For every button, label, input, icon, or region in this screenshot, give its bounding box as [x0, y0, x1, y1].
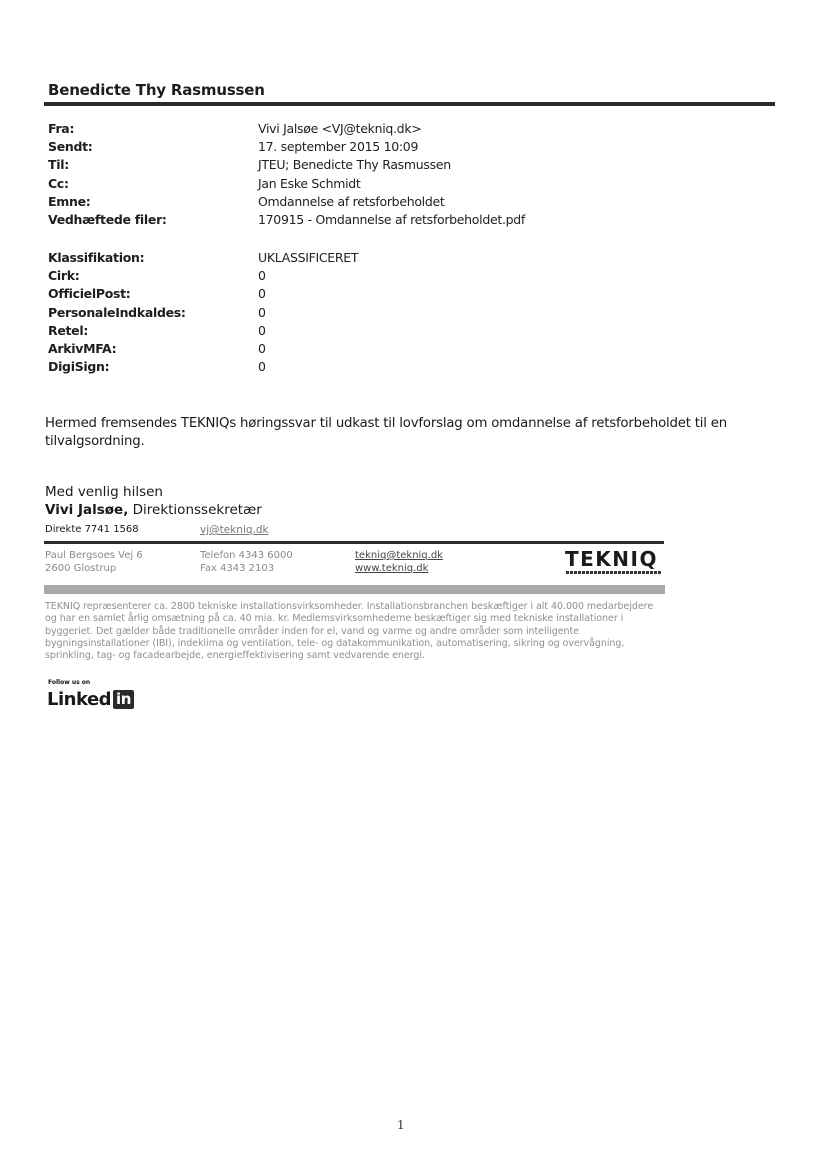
- meta-value: 0: [258, 322, 266, 340]
- meta-label: Fra:: [48, 120, 258, 138]
- logo-tagline: [566, 571, 662, 574]
- meta-value-attachment: 170915 - Omdannelse af retsforbeholdet.p…: [258, 211, 525, 229]
- header-divider: [44, 102, 775, 106]
- meta-label: Emne:: [48, 193, 258, 211]
- meta-value: 0: [258, 285, 266, 303]
- meta-value: 0: [258, 358, 266, 376]
- classification-metadata: Klassifikation: UKLASSIFICERET Cirk: 0 O…: [48, 249, 358, 376]
- meta-label: Klassifikation:: [48, 249, 258, 267]
- page-number: 1: [397, 1118, 405, 1132]
- meta-label: OfficielPost:: [48, 285, 258, 303]
- meta-label: Til:: [48, 156, 258, 174]
- meta-label: Cirk:: [48, 267, 258, 285]
- meta-label: PersonaleIndkaldes:: [48, 304, 258, 322]
- meta-label: Vedhæftede filer:: [48, 211, 258, 229]
- meta-value: UKLASSIFICERET: [258, 249, 358, 267]
- meta-row-officielpost: OfficielPost: 0: [48, 285, 358, 303]
- meta-value-from: Vivi Jalsøe <VJ@tekniq.dk>: [258, 120, 421, 138]
- meta-value: 0: [258, 340, 266, 358]
- direct-phone: Direkte 7741 1568: [45, 524, 139, 535]
- company-email-link[interactable]: tekniq@tekniq.dk: [355, 549, 443, 562]
- email-body: Hermed fremsendes TEKNIQs høringssvar ti…: [45, 415, 775, 450]
- meta-row-sent: Sendt: 17. september 2015 10:09: [48, 138, 525, 156]
- company-address: Paul Bergsoes Vej 6 2600 Glostrup: [45, 549, 143, 575]
- meta-row-digisign: DigiSign: 0: [48, 358, 358, 376]
- meta-value-to: JTEU; Benedicte Thy Rasmussen: [258, 156, 451, 174]
- meta-label: Sendt:: [48, 138, 258, 156]
- meta-row-from: Fra: Vivi Jalsøe <VJ@tekniq.dk>: [48, 120, 525, 138]
- linkedin-text: Linked: [47, 689, 111, 710]
- direct-email-link[interactable]: vj@tekniq.dk: [200, 524, 269, 536]
- meta-row-subject: Emne: Omdannelse af retsforbeholdet: [48, 193, 525, 211]
- meta-value: 0: [258, 267, 266, 285]
- meta-row-cc: Cc: Jan Eske Schmidt: [48, 175, 525, 193]
- address-line-1: Paul Bergsoes Vej 6: [45, 549, 143, 562]
- meta-value-sent: 17. september 2015 10:09: [258, 138, 418, 156]
- meta-row-to: Til: JTEU; Benedicte Thy Rasmussen: [48, 156, 525, 174]
- document-page: Benedicte Thy Rasmussen Fra: Vivi Jalsøe…: [0, 0, 828, 1169]
- meta-value-cc: Jan Eske Schmidt: [258, 175, 361, 193]
- meta-row-personaleindkaldes: PersonaleIndkaldes: 0: [48, 304, 358, 322]
- meta-value-subject: Omdannelse af retsforbeholdet: [258, 193, 444, 211]
- meta-row-classification: Klassifikation: UKLASSIFICERET: [48, 249, 358, 267]
- meta-row-arkivmfa: ArkivMFA: 0: [48, 340, 358, 358]
- recipient-header: Benedicte Thy Rasmussen: [48, 81, 265, 99]
- company-phone: Telefon 4343 6000: [200, 549, 293, 562]
- linkedin-icon: in: [113, 690, 134, 709]
- company-phone-fax: Telefon 4343 6000 Fax 4343 2103: [200, 549, 293, 575]
- tekniq-logo: TEKNIQ: [565, 547, 658, 571]
- signature-name: Vivi Jalsøe,: [45, 502, 128, 518]
- company-description: TEKNIQ repræsenterer ca. 2800 tekniske i…: [45, 601, 665, 662]
- meta-label: DigiSign:: [48, 358, 258, 376]
- signature-divider: [44, 541, 664, 544]
- email-metadata: Fra: Vivi Jalsøe <VJ@tekniq.dk> Sendt: 1…: [48, 120, 525, 229]
- meta-label: ArkivMFA:: [48, 340, 258, 358]
- meta-value: 0: [258, 304, 266, 322]
- follow-us-label: Follow us on: [48, 679, 90, 686]
- company-website-link[interactable]: www.tekniq.dk: [355, 562, 443, 575]
- signature-title: Direktionssekretær: [128, 502, 262, 518]
- signature-greeting: Med venlig hilsen: [45, 484, 163, 500]
- signature-gray-bar: [44, 585, 665, 594]
- company-links: tekniq@tekniq.dk www.tekniq.dk: [355, 549, 443, 575]
- meta-row-attachments: Vedhæftede filer: 170915 - Omdannelse af…: [48, 211, 525, 229]
- meta-label: Retel:: [48, 322, 258, 340]
- signature-name-line: Vivi Jalsøe, Direktionssekretær: [45, 502, 262, 518]
- company-fax: Fax 4343 2103: [200, 562, 293, 575]
- meta-row-cirk: Cirk: 0: [48, 267, 358, 285]
- address-line-2: 2600 Glostrup: [45, 562, 143, 575]
- meta-row-retel: Retel: 0: [48, 322, 358, 340]
- linkedin-logo-link[interactable]: Linked in: [47, 689, 134, 710]
- meta-label: Cc:: [48, 175, 258, 193]
